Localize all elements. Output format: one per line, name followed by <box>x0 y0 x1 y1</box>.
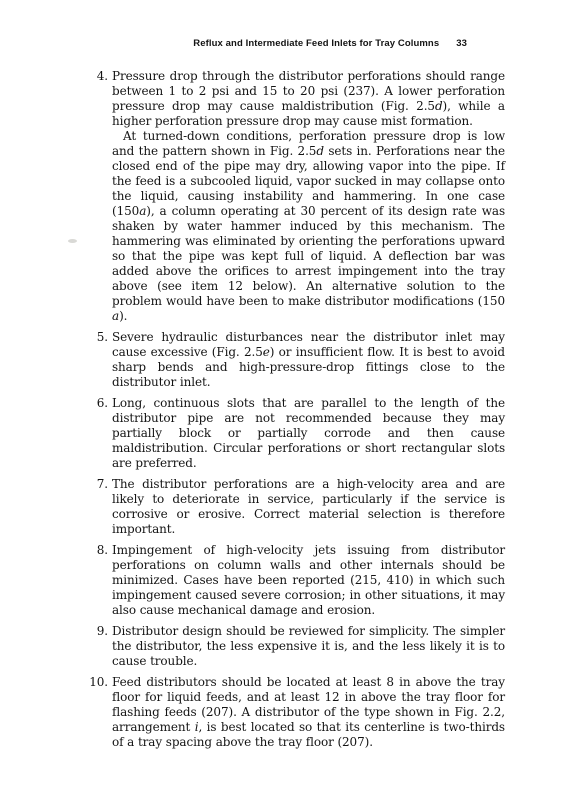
item-number: 9. <box>62 624 108 639</box>
running-head: Reflux and Intermediate Feed Inlets for … <box>0 38 467 49</box>
item-number: 10. <box>62 675 108 690</box>
book-page: Reflux and Intermediate Feed Inlets for … <box>0 0 564 800</box>
list-item: 4.Pressure drop through the distributor … <box>112 69 505 324</box>
item-paragraph: The distributor perforations are a high-… <box>112 477 505 537</box>
list-item: 5.Severe hydraulic disturbances near the… <box>112 330 505 390</box>
page-number: 33 <box>456 38 467 49</box>
numbered-list: 4.Pressure drop through the distributor … <box>112 69 505 756</box>
item-number: 5. <box>62 330 108 345</box>
list-item: 6.Long, continuous slots that are parall… <box>112 396 505 471</box>
item-number: 6. <box>62 396 108 411</box>
item-paragraph: Distributor design should be reviewed fo… <box>112 624 505 669</box>
scan-smudge-mark <box>68 239 77 243</box>
item-paragraph: Long, continuous slots that are parallel… <box>112 396 505 471</box>
list-item: 7.The distributor perforations are a hig… <box>112 477 505 537</box>
running-head-title: Reflux and Intermediate Feed Inlets for … <box>193 38 439 49</box>
item-paragraph: At turned-down conditions, perforation p… <box>112 129 505 324</box>
item-paragraph: Feed distributors should be located at l… <box>112 675 505 750</box>
list-item: 9.Distributor design should be reviewed … <box>112 624 505 669</box>
item-number: 4. <box>62 69 108 84</box>
item-number: 8. <box>62 543 108 558</box>
item-paragraph: Pressure drop through the distributor pe… <box>112 69 505 129</box>
item-number: 7. <box>62 477 108 492</box>
item-paragraph: Severe hydraulic disturbances near the d… <box>112 330 505 390</box>
list-item: 8.Impingement of high-velocity jets issu… <box>112 543 505 618</box>
item-paragraph: Impingement of high-velocity jets issuin… <box>112 543 505 618</box>
list-item: 10.Feed distributors should be located a… <box>112 675 505 750</box>
